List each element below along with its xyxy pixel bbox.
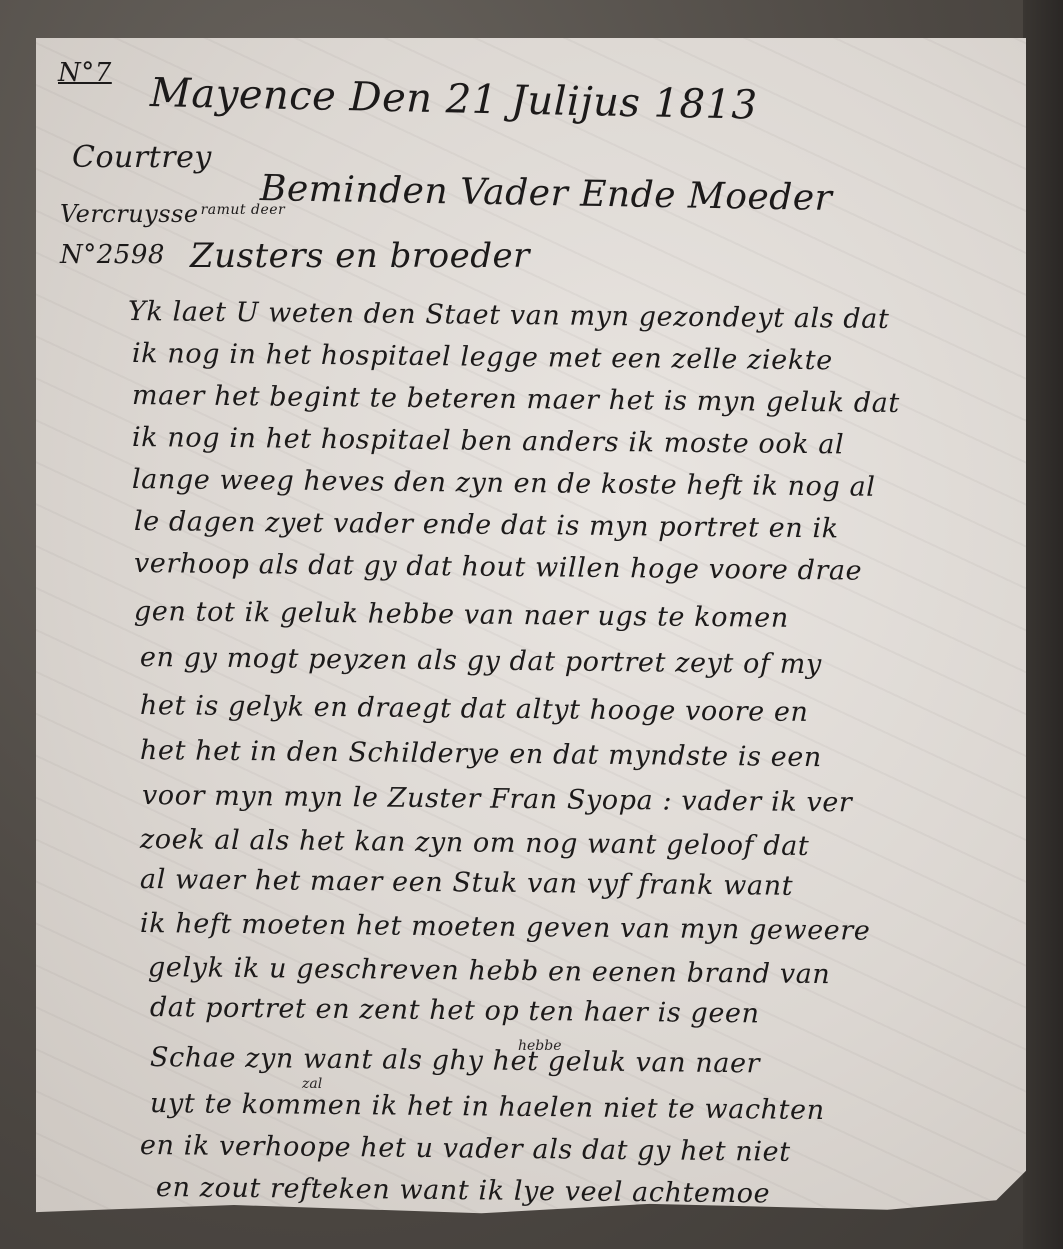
body-line: zoek al als het kan zyn om nog want gelo… (140, 824, 810, 862)
body-line: dat portret en zent het op ten haer is g… (150, 992, 760, 1029)
body-line: ik heft moeten het moeten geven van myn … (140, 908, 871, 947)
body-line: ik nog in het hospitael ben anders ik mo… (132, 422, 845, 460)
body-line: ik nog in het hospitael legge met een ze… (132, 338, 833, 376)
body-line: al waer het maer een Stuk van vyf frank … (140, 864, 793, 902)
body-line: gelyk ik u geschreven hebb en eenen bran… (148, 952, 831, 990)
body-line: le dagen zyet vader ende dat is myn port… (134, 506, 839, 544)
body-line: gen tot ik geluk hebbe van naer ugs te k… (134, 596, 789, 634)
body-line: uyt te kommen ik het in haelen niet te w… (150, 1088, 825, 1126)
body-line: het is gelyk en draegt dat altyt hooge v… (140, 690, 809, 728)
interlinear-note: hebbe (518, 1038, 562, 1054)
interlinear-note: zal (302, 1076, 322, 1092)
body-line: voor myn myn le Zuster Fran Syopa : vade… (142, 780, 853, 818)
body-line: lange weeg heves den zyn en de koste hef… (132, 464, 876, 503)
body-line: en ik verhoope het u vader als dat gy he… (140, 1130, 791, 1168)
body-line: Schae zyn want als ghy het geluk van nae… (150, 1042, 760, 1079)
body-line: maer het begint te beteren maer het is m… (132, 380, 900, 419)
body-line: en gy mogt peyzen als gy dat portret zey… (140, 642, 822, 680)
body-line: verhoop als dat gy dat hout willen hoge … (134, 548, 863, 587)
body-line: Yk laet U weten den Staet van myn gezond… (128, 296, 890, 335)
body-line: en zout refteken want ik lye veel achtem… (156, 1172, 771, 1209)
body-line: het het in den Schilderye en dat myndste… (140, 735, 822, 773)
letter-body: Yk laet U weten den Staet van myn gezond… (0, 0, 1063, 1249)
